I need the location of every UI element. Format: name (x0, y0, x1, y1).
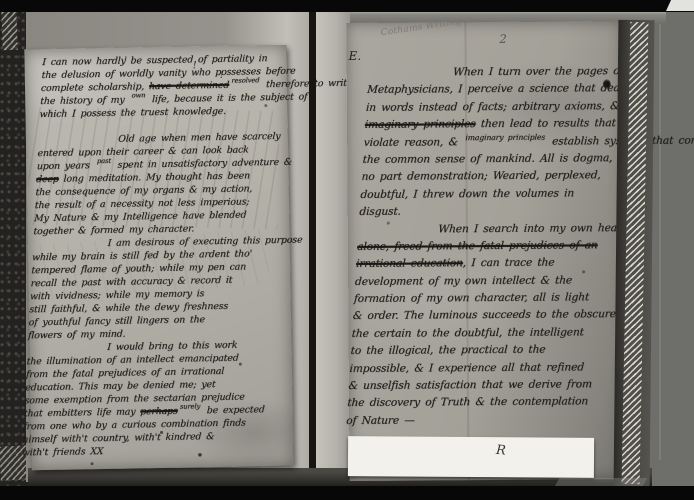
handwritten-text: recall the past with accuracy & record i… (30, 275, 232, 290)
manuscript-line: disgust. (359, 204, 622, 223)
handwritten-text: violate reason, & (363, 136, 463, 149)
book-corner-hatch-top (1, 6, 18, 50)
struck-text: have determined (149, 80, 230, 92)
manuscript-line: of Nature — (345, 413, 608, 432)
handwritten-text: which I possess the truest knowledge. (39, 106, 226, 120)
right-page: Cothams Writing 2 E. When I turn over th… (346, 21, 625, 481)
inserted-text: past (97, 157, 111, 165)
handwritten-text: disgust. (359, 206, 401, 218)
manuscript-photo: ' ! ! I can now hardly be suspected of p… (0, 0, 694, 500)
manuscript-line: & order. The luminous succeeds to the ob… (352, 309, 615, 328)
struck-text: perhaps (140, 406, 178, 418)
handwritten-text: When I search into my own heart (358, 222, 627, 236)
handwritten-text: upon years (37, 160, 95, 172)
handwritten-text: of youthful fancy still lingers on the (28, 314, 205, 328)
inserted-text: resolved (231, 76, 259, 84)
handwritten-text: & order. The luminous succeeds to the ob… (352, 309, 619, 323)
handwritten-text: development of my own intellect & the (355, 274, 573, 288)
handwritten-text: from the fatal prejudices of an irration… (26, 366, 225, 380)
handwritten-text: I would bring to this work (27, 340, 238, 355)
manuscript-line: impossible, & I experience all that refi… (349, 361, 612, 380)
book-fore-edge (614, 20, 655, 488)
handwritten-text: of Nature — (346, 414, 415, 426)
manuscript-line: to the illogical, the practical to the (350, 343, 613, 362)
handwritten-text: the certain to the doubtful, the intelli… (351, 326, 584, 340)
handwritten-text: education. This may be denied me; yet (25, 379, 216, 393)
handwritten-text: no part demonstration; Wearied, perplexe… (361, 170, 601, 184)
handwritten-text: life, because it is the subject of (147, 91, 308, 105)
slip-handwritten-mark: R (495, 443, 506, 459)
manuscript-line: in words instead of facts; arbitrary axi… (365, 100, 628, 119)
struck-text: deep (36, 174, 59, 185)
ink-specks (346, 23, 347, 24)
photo-border-top (0, 0, 694, 12)
handwritten-text: then lead to results that (475, 117, 616, 130)
handwritten-text: together & formed my character. (33, 223, 194, 237)
manuscript-line: the common sense of mankind. All is dogm… (362, 152, 625, 171)
handwritten-text: tempered flame of youth; while my pen ca… (31, 261, 246, 276)
manuscript-line: the discovery of Truth & the contemplati… (347, 396, 610, 415)
handwritten-text: When I turn over the pages of the (368, 65, 646, 79)
handwritten-text: the discovery of Truth & the contemplati… (347, 396, 588, 410)
background-right-band (648, 6, 694, 492)
paper-slip: R (348, 436, 594, 478)
handwritten-text: in words instead of facts; arbitrary axi… (366, 100, 620, 114)
manuscript-line: When I turn over the pages of the (367, 65, 630, 84)
handwritten-text: that embitters life may (24, 406, 141, 419)
handwritten-text: himself with't country, with't kindred & (22, 431, 214, 445)
manuscript-line: When I search into my own heart (358, 222, 621, 241)
handwritten-text: long meditation. My thought has been (58, 170, 250, 184)
inserted-text: surely (180, 402, 201, 410)
handwritten-text: My Nature & my Intelligence have blended (34, 209, 247, 224)
manuscript-line: the certain to the doubtful, the intelli… (351, 326, 614, 345)
left-page: ' ! ! I can now hardly be suspected of p… (24, 45, 293, 471)
handwritten-text: flowers of my mind. (28, 329, 126, 342)
photo-border-bottom (0, 486, 694, 500)
handwritten-text: formation of my own character, all is li… (353, 291, 589, 305)
handwritten-text: & unselfish satisfaction that we derive … (348, 378, 592, 392)
manuscript-line: violate reason, & imaginary principles e… (363, 135, 626, 154)
handwritten-text: the result of a necessity not less imper… (34, 196, 249, 211)
margin-flourish: E. (349, 49, 362, 63)
handwritten-text: the illumination of an intellect emancip… (26, 353, 239, 368)
handwritten-text: , I can trace the (462, 257, 554, 270)
manuscript-line: alone, freed from the fatal prejudices o… (356, 239, 619, 258)
handwritten-text: entered upon their career & can look bac… (37, 144, 249, 159)
handwritten-text: Metaphysicians, I perceive a science tha… (367, 82, 629, 96)
manuscript-line: development of my own intellect & the (354, 274, 617, 293)
inserted-text: own (131, 91, 145, 99)
background-streak (659, 20, 661, 460)
handwritten-text: the history of my (40, 94, 130, 107)
handwritten-text: with vividness; while my memory is (30, 288, 205, 302)
handwritten-text: spent in unsatisfactory adventure & (112, 157, 292, 171)
handwritten-text: be expected (202, 404, 265, 416)
manuscript-line: & unselfish satisfaction that we derive … (348, 378, 611, 397)
manuscript-line: formation of my own character, all is li… (353, 291, 616, 310)
inserted-text: imaginary principles (465, 132, 545, 142)
ink-specks (24, 49, 25, 50)
page-number: 2 (499, 32, 506, 46)
handwritten-text: still faithful, & while the dewy freshne… (29, 301, 228, 315)
handwritten-text: therefore to write (261, 78, 353, 91)
manuscript-line: no part demonstration; Wearied, perplexe… (361, 169, 624, 188)
manuscript-line: doubtful, I threw down the volumes in (360, 187, 623, 206)
struck-text: irrational education (356, 257, 463, 270)
manuscript-line: irrational education, I can trace the (355, 256, 618, 275)
handwritten-text: with't friends XX (22, 446, 104, 458)
struck-text: alone, freed from the fatal prejudices o… (357, 239, 598, 253)
struck-text: imaginary principles (364, 118, 475, 131)
handwritten-text: the common sense of mankind. All is dogm… (362, 152, 612, 166)
left-page-handwriting: I can now hardly be suspected of partial… (21, 53, 296, 461)
page-edges-hatch (622, 22, 649, 484)
right-page-handwriting: When I turn over the pages of theMetaphy… (345, 65, 630, 432)
manuscript-line: Metaphysicians, I perceive a science tha… (366, 82, 629, 101)
handwritten-text: to the illogical, the practical to the (350, 344, 546, 357)
handwritten-text: doubtful, I threw down the volumes in (360, 187, 574, 200)
handwritten-text: impossible, & I experience all that refi… (349, 361, 584, 375)
